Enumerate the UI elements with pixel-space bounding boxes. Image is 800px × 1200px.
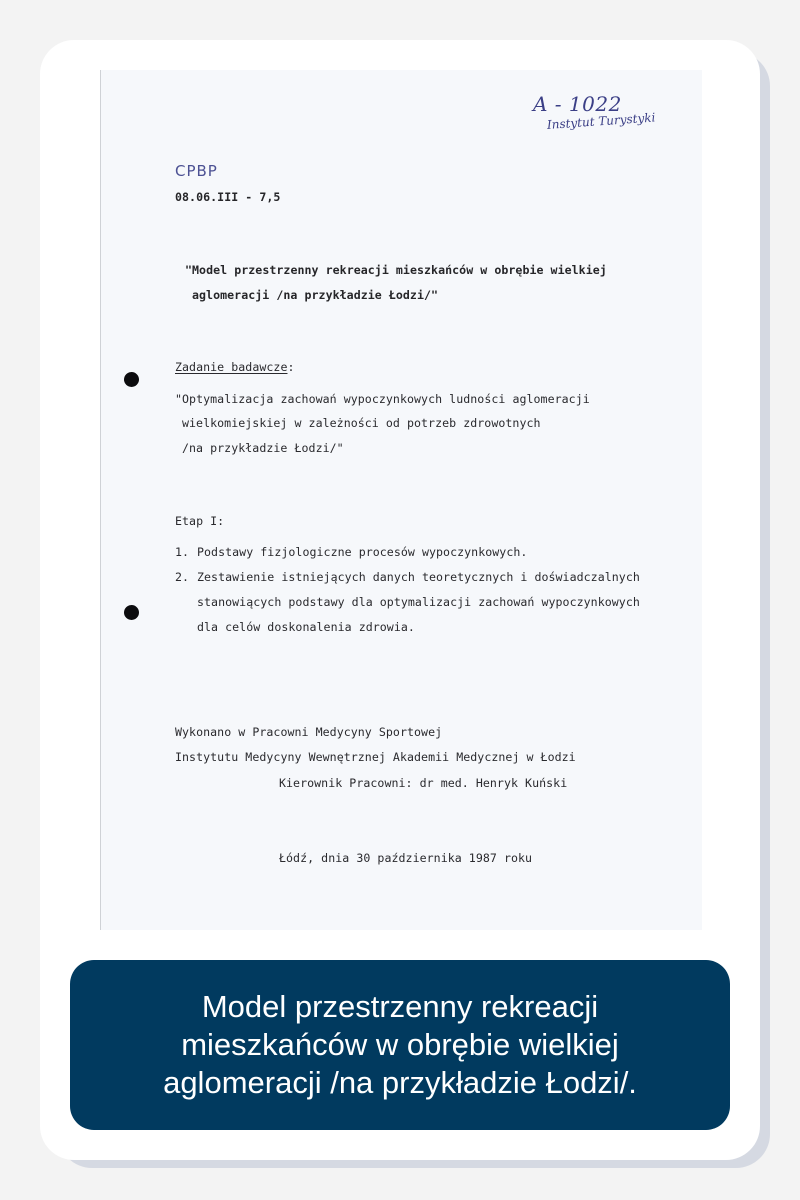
document-title-line-2: aglomeracji /na przykładzie Łodzi/" [192, 288, 438, 302]
caption-banner: Model przestrzenny rekreacji mieszkańców… [70, 960, 730, 1130]
research-task-heading-text: Zadanie badawcze [175, 360, 287, 374]
place-and-date: Łódź, dnia 30 października 1987 roku [279, 851, 532, 865]
research-task-line-1: "Optymalizacja zachowań wypoczynkowych l… [175, 392, 590, 406]
research-task-heading-colon: : [287, 360, 294, 374]
research-task-heading: Zadanie badawcze: [175, 360, 295, 374]
performed-by-line-3: Kierownik Pracowni: dr med. Henryk Kuńsk… [279, 776, 567, 790]
punch-hole-bottom [124, 605, 139, 620]
project-number: 08.06.III - 7,5 [175, 190, 280, 204]
stage-item-2-text-line-3: dla celów doskonalenia zdrowia. [197, 620, 415, 634]
scanned-document-page: A - 1022 Instytut Turystyki CPBP 08.06.I… [100, 70, 702, 930]
caption-text: Model przestrzenny rekreacji mieszkańców… [163, 988, 637, 1102]
handwritten-reference-code: A - 1022 [533, 92, 622, 116]
caption-line-2: mieszkańców w obrębie wielkiej [163, 1026, 637, 1064]
caption-line-3: aglomeracji /na przykładzie Łodzi/. [163, 1064, 637, 1102]
stage-heading: Etap I: [175, 514, 224, 528]
document-title-line-1: "Model przestrzenny rekreacji mieszkańcó… [185, 263, 607, 277]
research-task-line-3: /na przykładzie Łodzi/" [182, 441, 344, 455]
performed-by-line-2: Instytutu Medycyny Wewnętrznej Akademii … [175, 750, 576, 764]
stage-item-2-text-line-1: Zestawienie istniejących danych teoretyc… [197, 570, 640, 584]
stage-item-2-text-line-2: stanowiących podstawy dla optymalizacji … [197, 595, 640, 609]
stage-item-1-number: 1. [175, 545, 189, 559]
stage-item-1-text: Podstawy fizjologiczne procesów wypoczyn… [197, 545, 527, 559]
research-task-line-2: wielkomiejskiej w zależności od potrzeb … [182, 416, 541, 430]
punch-hole-top [124, 372, 139, 387]
stage-item-2-number: 2. [175, 570, 189, 584]
handwritten-program-code: CPBP [175, 162, 218, 180]
performed-by-line-1: Wykonano w Pracowni Medycyny Sportowej [175, 725, 442, 739]
caption-line-1: Model przestrzenny rekreacji [163, 988, 637, 1026]
